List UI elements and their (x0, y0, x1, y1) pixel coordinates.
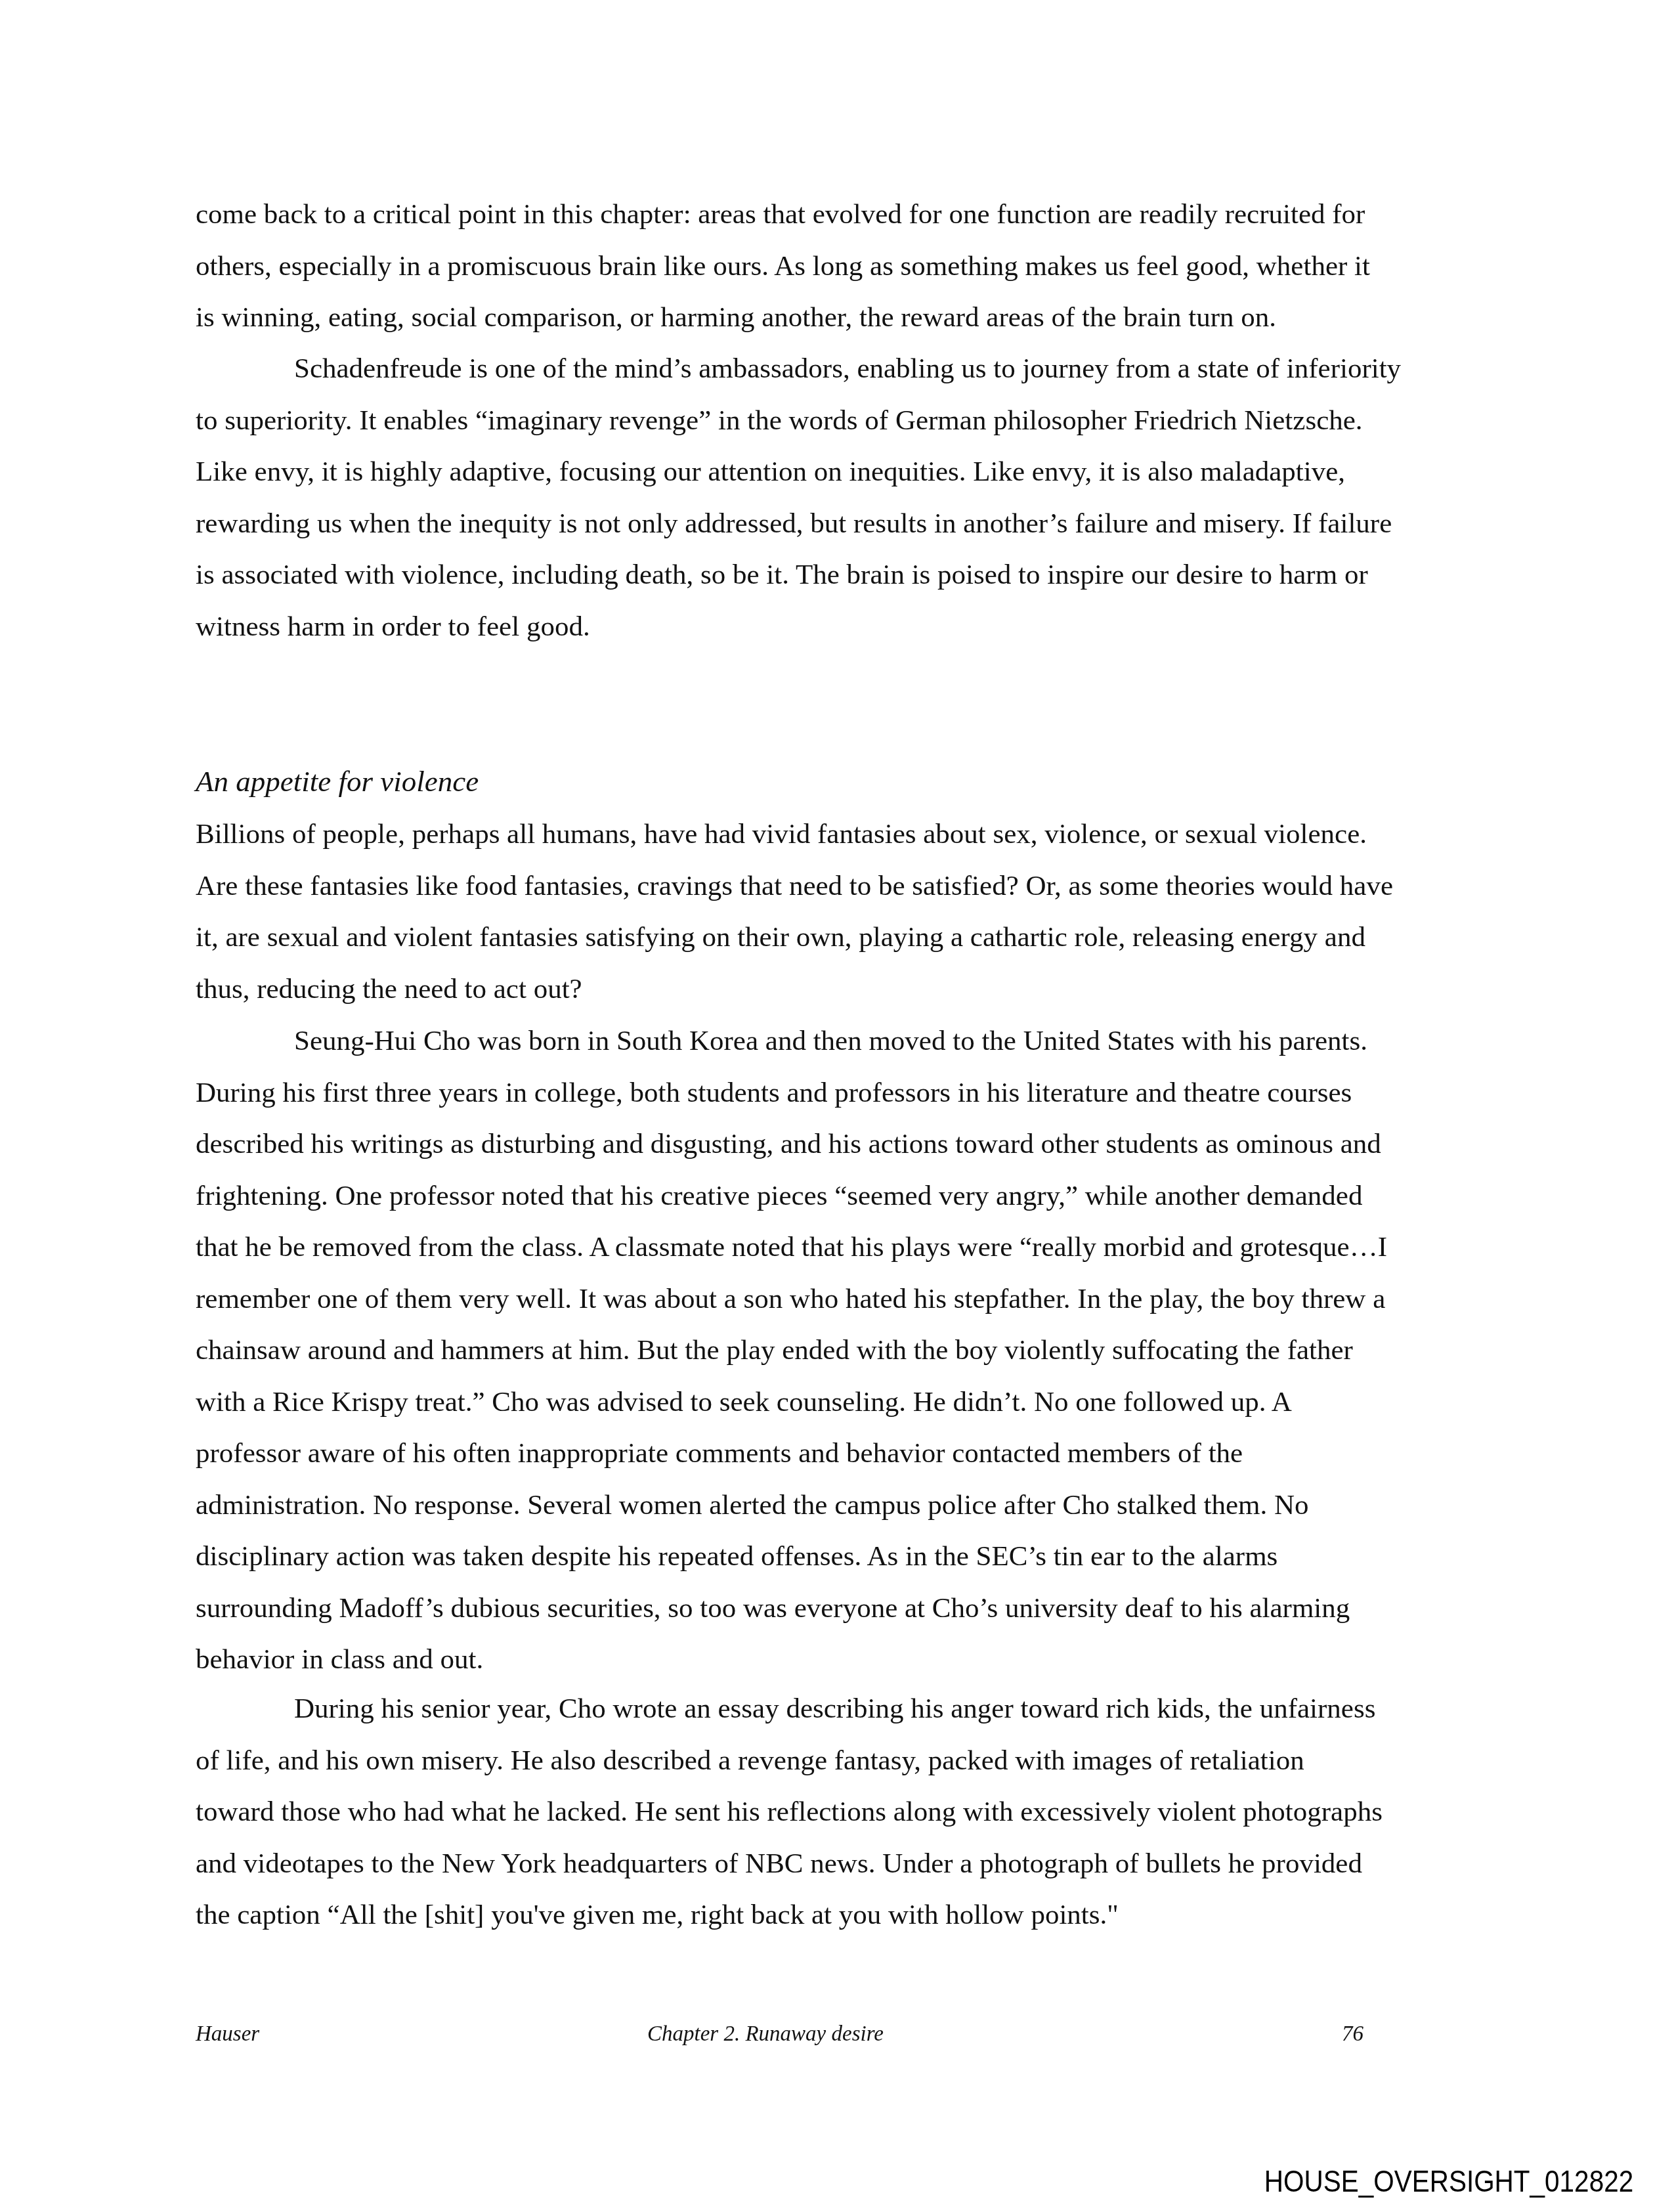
text-line: is associated with violence, including d… (196, 550, 1476, 601)
text-line: Billions of people, perhaps all humans, … (196, 809, 1476, 861)
footer-page-number: 76 (1342, 2022, 1363, 2047)
paragraph-cho-background: Seung-Hui Cho was born in South Korea an… (196, 1016, 1476, 1686)
paragraph-continuation: come back to a critical point in this ch… (196, 189, 1476, 344)
paragraph-fantasies: Billions of people, perhaps all humans, … (196, 809, 1476, 1015)
text-line: chainsaw around and hammers at him. But … (196, 1325, 1476, 1377)
text-line: described his writings as disturbing and… (196, 1119, 1476, 1171)
footer-chapter-title: Chapter 2. Runaway desire (647, 2022, 884, 2047)
text-line: others, especially in a promiscuous brai… (196, 241, 1476, 293)
paragraph-senior-year: During his senior year, Cho wrote an ess… (196, 1683, 1476, 1941)
text-line: disciplinary action was taken despite hi… (196, 1531, 1476, 1583)
text-line: Like envy, it is highly adaptive, focusi… (196, 446, 1476, 498)
text-line: and videotapes to the New York headquart… (196, 1838, 1476, 1890)
paragraph-schadenfreude: Schadenfreude is one of the mind’s ambas… (196, 343, 1476, 653)
text-line: remember one of them very well. It was a… (196, 1274, 1476, 1326)
text-line: Schadenfreude is one of the mind’s ambas… (196, 343, 1476, 395)
text-line: is winning, eating, social comparison, o… (196, 292, 1476, 344)
text-line: frightening. One professor noted that hi… (196, 1171, 1476, 1223)
text-line: rewarding us when the inequity is not on… (196, 498, 1476, 550)
text-line: come back to a critical point in this ch… (196, 189, 1476, 241)
text-line: thus, reducing the need to act out? (196, 964, 1476, 1016)
text-line: with a Rice Krispy treat.” Cho was advis… (196, 1377, 1476, 1429)
bates-stamp: HOUSE_OVERSIGHT_012822 (1264, 2163, 1633, 2199)
text-line: behavior in class and out. (196, 1634, 1476, 1686)
text-line: Are these fantasies like food fantasies,… (196, 861, 1476, 913)
text-line: Seung-Hui Cho was born in South Korea an… (196, 1016, 1476, 1068)
text-line: During his senior year, Cho wrote an ess… (196, 1683, 1476, 1735)
text-line: surrounding Madoff’s dubious securities,… (196, 1583, 1476, 1635)
text-line: toward those who had what he lacked. He … (196, 1787, 1476, 1838)
text-line: administration. No response. Several wom… (196, 1480, 1476, 1532)
text-line: professor aware of his often inappropria… (196, 1428, 1476, 1480)
text-line: that he be removed from the class. A cla… (196, 1222, 1476, 1274)
text-line: of life, and his own misery. He also des… (196, 1735, 1476, 1787)
document-page: come back to a critical point in this ch… (0, 0, 1674, 2212)
text-line: it, are sexual and violent fantasies sat… (196, 912, 1476, 964)
section-heading: An appetite for violence (196, 755, 479, 808)
text-line: During his first three years in college,… (196, 1068, 1476, 1119)
text-line: the caption “All the [shit] you've given… (196, 1890, 1476, 1941)
footer-author: Hauser (196, 2022, 259, 2047)
text-line: witness harm in order to feel good. (196, 601, 1476, 653)
text-line: to superiority. It enables “imaginary re… (196, 395, 1476, 447)
